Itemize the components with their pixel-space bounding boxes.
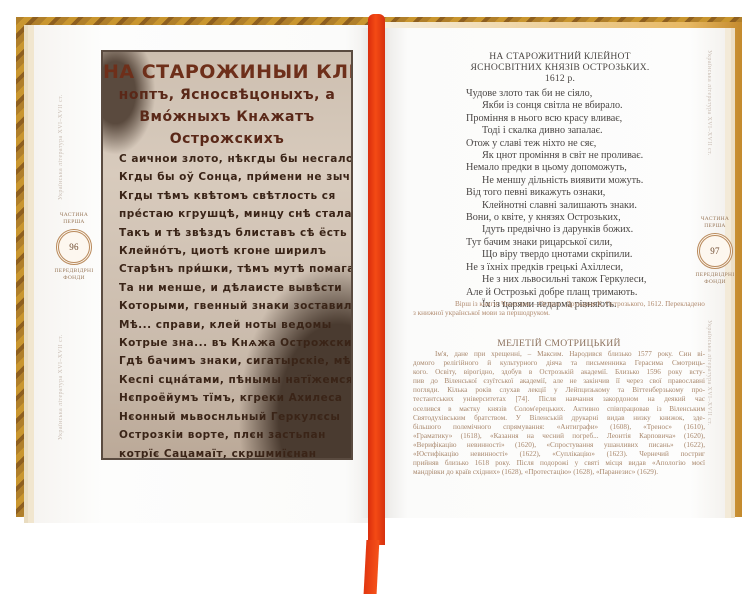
poem-line: Але й Острозькі добре плащ тримають. [466,287,706,299]
manuscript-body-line: котрїє Сацамаїт, скршмиїєнан [103,445,351,461]
manuscript-body-line: Мѣ... справи, клей ноты ведомы [103,316,351,334]
page-number: 96 [69,244,79,251]
bio-line: мандрівки до країв східних» (1628), «Про… [413,468,705,477]
manuscript-body-line: Такъ и тѣ звѣздъ блиставъ сѣ ёсть [103,224,351,242]
manuscript-body-line: Нєонный мьвоснльный Геркулєсы [103,408,351,426]
manuscript-body-line: Клейно́тъ, циотѣ кгоне ширилъ [103,242,351,260]
bio-line: тестантських університетах [74]. Після н… [413,395,705,404]
manuscript-body-line: Кгды бы оў Сонца, при́мени не зычало: [103,168,351,186]
manuscript-body-line: Гдѣ бачимъ знаки, сигатырскіе, мѣ з ства [103,352,351,370]
poem-line: Тоді і скалка дивно запалає. [466,125,706,137]
manuscript-body-line: Старѣнъ при́шки, тѣмъ мутѣ помагала [103,260,351,278]
bio-line: домого релігійного й культурного діяча т… [413,359,705,368]
poem-line: Від того певні викажуть ознаки, [466,187,706,199]
poem-line: Як цнот проміння в світ не проливає. [466,150,706,162]
poem-title: НА СТАРОЖИТНИЙ КЛЕЙНОТ ЯСНОСВІТНИХ КНЯЗІ… [430,51,690,84]
manuscript-title-line: ноптъ, Ясносвѣцоныхъ, а [103,84,351,106]
poem-line: Тут бачим знаки рицарської сили, [466,237,706,249]
poem-body: Чудове злото так би не сіяло, Якби із со… [466,88,706,311]
poem-title-line: НА СТАРОЖИТНИЙ КЛЕЙНОТ [430,51,690,62]
left-running-head-lower: Українська література XVI–XVII ст. [58,320,64,440]
left-margin-medallion-block: ЧАСТИНА ПЕРША 96 ПЕРЕДВІДРНІ ФОНДИ [54,212,94,282]
bio-line: кого. Освіту, вірогідно, здобув в Остроз… [413,368,705,377]
manuscript-body-line: Нєпроёйумъ тїмъ, кгреки Ахилеса [103,389,351,407]
bio-line: погляди. Кілька років слухав лекції у Ле… [413,386,705,395]
bio-line: пив до Віленської єзуїтської академії, а… [413,377,705,386]
section-heading: МЕЛЕТІЙ СМОТРИЦЬКИЙ [413,338,705,349]
poem-line: Немало предки в цьому допоможуть, [466,162,706,174]
bookmark-ribbon[interactable] [368,14,385,545]
poem-line: Вони, о квіте, у князях Острозьких, [466,212,706,224]
manuscript-body-line: Острозкіи ворте, плєн застьпан [103,426,351,444]
part-label-line2: ПЕРША [54,219,94,226]
bio-line: більшого полемічного спрямування: «Антиг… [413,423,705,432]
part-label-line1: ЧАСТИНА [54,212,94,219]
manuscript-body-line: Кеспі сцна́тами, пѣнымы натїжемся [103,371,351,389]
poem-line: Не з них львосильні також Геркулеси, [466,274,706,286]
manuscript-body-line: Кгды тѣмъ квѣтомъ свѣтлость ся [103,187,351,205]
poem-line: Що віру твердо цнотами скріпили. [466,249,706,261]
manuscript-body-line: Котрые зна... въ Кнѧжа Острожскихъ [103,334,351,352]
right-running-head-lower: Українська література XVI–XVII ст. [706,320,712,440]
poem-source-note: Вірш із книги: Часослов. – Острог : Друк… [413,300,705,318]
poem-line: Клейнотні славні залишають знаки. [466,200,706,212]
manuscript-body-line: С аичнои злото, нѣкгды бы несгало [103,150,351,168]
manuscript-image: НА СТАРОЖИНЫИ КЛЕН ноптъ, Ясносвѣцоныхъ,… [101,50,353,460]
manuscript-title-line: Вмо́жныхъ Кнѧжатъ [103,106,351,128]
bio-line: «Граматику» (1618), «Казання на чесний п… [413,432,705,441]
poem-line: Не з їхніх предків грецькі Ахіллеси, [466,262,706,274]
poem-line: Проміння в нього всю красу вливає, [466,113,706,125]
manuscript-body-line: пре́стаю кгрушцѣ, минцу снѣ стала [103,205,351,223]
bio-line: прийняв близько 1618 року. Після подорож… [413,459,705,468]
page-number-medallion: 96 [56,229,92,265]
bio-line: оселився в маєтку князів Солом'ерецьких.… [413,405,705,414]
bookmark-ribbon-tail[interactable] [364,540,380,594]
poem-line: Отож у славі теж ніхто не сяє, [466,138,706,150]
right-running-head: Українська література XVI–XVII ст. [706,50,712,200]
section-label-line1: ПЕРЕДВІДРНІ [54,268,94,275]
bio-line: Ім'я, дане при хрещенні, – Максим. Народ… [413,350,705,359]
poem-line: Чудове злото так би не сіяло, [466,88,706,100]
bio-line: «Юстифікацію невинності» (1622), «Суплік… [413,450,705,459]
bio-line: «Верифікацію невинності» (1620), «Спрост… [413,441,705,450]
bio-line: Святодухівським братством. У Віленській … [413,414,705,423]
biography-paragraph: Ім'я, дане при хрещенні, – Максим. Народ… [413,350,705,477]
manuscript-body-line: Та ни менше, и дѣлаисте вывѣсти [103,279,351,297]
poem-line: Якби із сонця світла не вбирало. [466,100,706,112]
poem-line: Не меншу дільність виявити можуть. [466,175,706,187]
page-number: 97 [710,248,720,255]
left-running-head: Українська література XVI–XVII ст. [58,50,64,200]
manuscript-body-line: Которыми, гвенный знаки зоставиль [103,297,351,315]
manuscript-title-line: Острожскихъ [103,128,351,150]
poem-title-year: 1612 р. [430,73,690,84]
section-label-line2: ФОНДИ [54,275,94,282]
poem-title-line: ЯСНОСВІТНИХ КНЯЗІВ ОСТРОЗЬКИХ. [430,62,690,73]
poem-line: Ідуть предвічно із дарунків божих. [466,224,706,236]
manuscript-title-line: НА СТАРОЖИНЫИ КЛЕН [103,60,351,84]
